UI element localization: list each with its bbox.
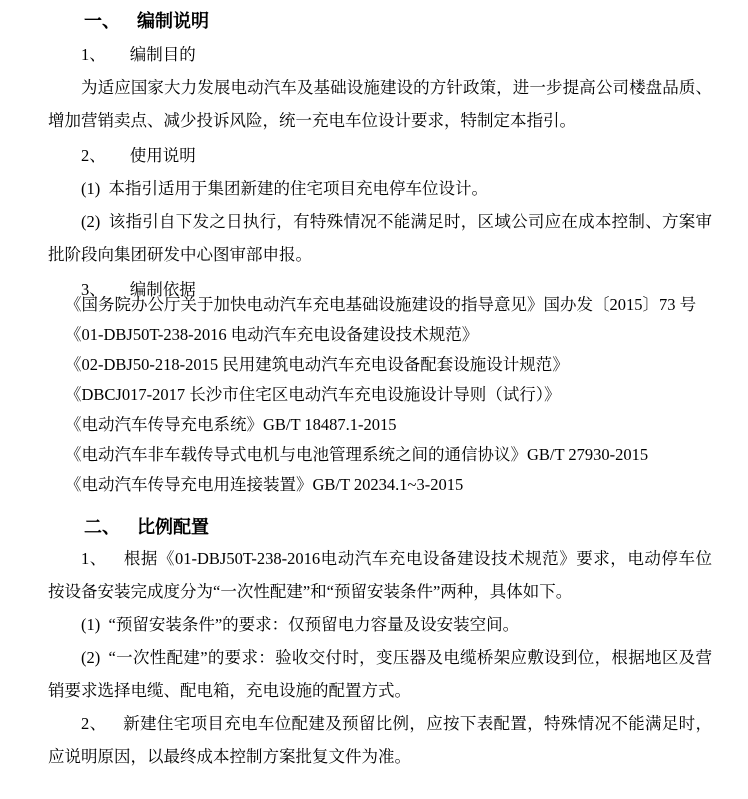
paragraph: 为适应国家大力发展电动汽车及基础设施建设的方针政策，进一步提高公司楼盘品质、增加… — [48, 71, 712, 137]
section-number: 二、 — [84, 517, 120, 537]
paragraph: (1) “预留安装条件”的要求：仅预留电力容量及设安装空间。 — [48, 608, 712, 641]
reference-item: 《01-DBJ50T-238-2016 电动汽车充电设备建设技术规范》 — [48, 320, 712, 350]
reference-item: 《电动汽车传导充电用连接装置》GB/T 20234.1~3-2015 — [48, 470, 712, 500]
reference-item: 《国务院办公厅关于加快电动汽车充电基础设施建设的指导意见》国办发〔2015〕73… — [48, 290, 712, 320]
reference-item: 《电动汽车非车载传导式电机与电池管理系统之间的通信协议》GB/T 27930-2… — [48, 440, 712, 470]
reference-item: 《电动汽车传导充电系统》GB/T 18487.1-2015 — [48, 410, 712, 440]
section-heading-1: 一、编制说明 — [48, 6, 712, 36]
subhead-title: 使用说明 — [130, 146, 196, 165]
section-heading-2: 二、比例配置 — [48, 512, 712, 542]
paragraph: 1、 根据《01-DBJ50T-238-2016电动汽车充电设备建设技术规范》要… — [48, 542, 712, 608]
section-title: 编制说明 — [137, 11, 209, 31]
subhead-1-2: 2、使用说明 — [48, 139, 712, 172]
reference-item: 《DBCJ017-2017 长沙市住宅区电动汽车充电设施设计导则（试行）》 — [48, 380, 712, 410]
subhead-number: 1、 — [81, 45, 106, 64]
paragraph: 2、 新建住宅项目充电车位配建及预留比例，应按下表配置，特殊情况不能满足时，应说… — [48, 707, 712, 773]
subhead-title: 编制目的 — [130, 45, 196, 64]
reference-item: 《02-DBJ50-218-2015 民用建筑电动汽车充电设备配套设施设计规范》 — [48, 350, 712, 380]
document-page: 一、编制说明 1、编制目的 为适应国家大力发展电动汽车及基础设施建设的方针政策，… — [0, 0, 748, 799]
subhead-number: 2、 — [81, 146, 106, 165]
paragraph: (1) 本指引适用于集团新建的住宅项目充电停车位设计。 — [48, 172, 712, 205]
section-number: 一、 — [84, 11, 120, 31]
subhead-1-1: 1、编制目的 — [48, 38, 712, 71]
paragraph: (2) “一次性配建”的要求：验收交付时，变压器及电缆桥架应敷设到位，根据地区及… — [48, 641, 712, 707]
paragraph: (2) 该指引自下发之日执行，有特殊情况不能满足时，区域公司应在成本控制、方案审… — [48, 205, 712, 271]
reference-list: 《国务院办公厅关于加快电动汽车充电基础设施建设的指导意见》国办发〔2015〕73… — [48, 290, 712, 500]
section-title: 比例配置 — [137, 517, 209, 537]
